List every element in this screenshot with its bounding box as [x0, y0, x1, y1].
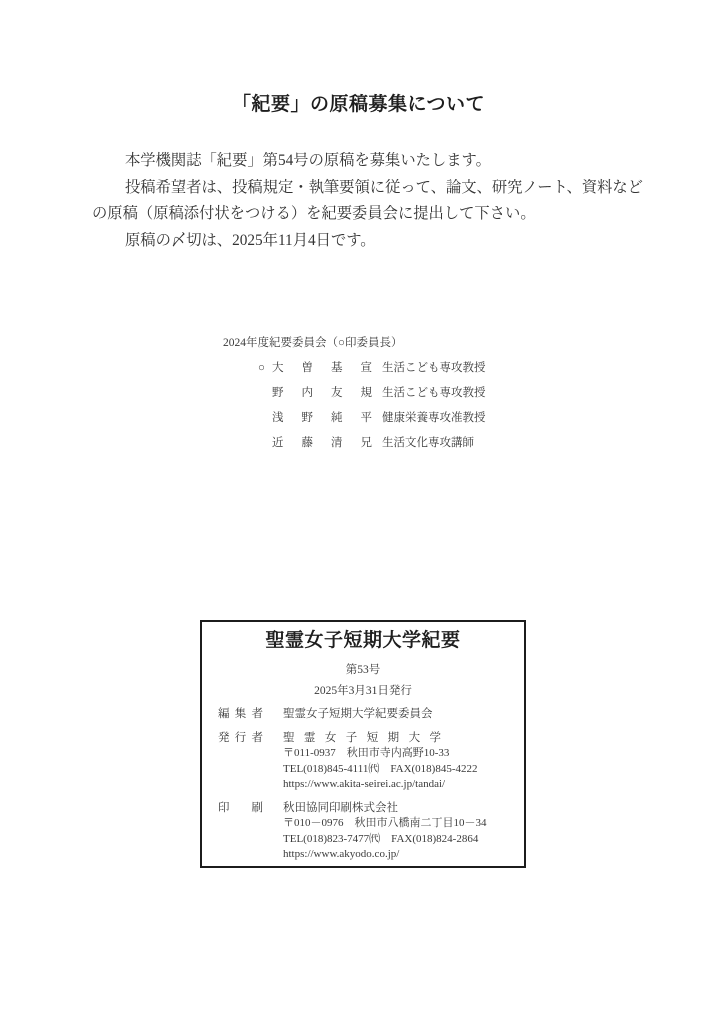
member-role: 生活こども専攻教授 — [382, 361, 486, 375]
committee-member-row: ○ 大 曽 基 宣 生活こども専攻教授 — [258, 361, 523, 375]
body-line: の原稿（原稿添付状をつける）を紀要委員会に提出して下さい。 — [92, 201, 652, 228]
page-title: 「紀要」の原稿募集について — [0, 93, 717, 117]
row-value: 秋田協同印刷株式会社 〒010－0976 秋田市八橋南二丁目10－34 TEL(… — [283, 801, 487, 863]
printer-address: 〒010－0976 秋田市八橋南二丁目10－34 — [283, 816, 487, 832]
committee-section: 2024年度紀要委員会（○印委員長） ○ 大 曽 基 宣 生活こども専攻教授 野… — [223, 336, 523, 450]
document-page: 「紀要」の原稿募集について 本学機関誌「紀要」第54号の原稿を募集いたします。 … — [0, 0, 717, 1012]
publisher-tel-fax: TEL(018)845-4111㈹ FAX(018)845-4222 — [283, 762, 478, 778]
printer-url: https://www.akyodo.co.jp/ — [283, 847, 487, 863]
colophon-publication-date: 2025年3月31日発行 — [202, 684, 524, 699]
member-role: 生活こども専攻教授 — [382, 386, 486, 400]
publisher-url: https://www.akita-seirei.ac.jp/tandai/ — [283, 777, 478, 793]
editor-name: 聖霊女子短期大学紀要委員会 — [283, 707, 433, 723]
committee-member-row: 近 藤 清 兄 生活文化専攻講師 — [258, 436, 523, 450]
row-value: 聖霊女子短期大学紀要委員会 — [283, 707, 433, 723]
member-role: 健康栄養専攻准教授 — [382, 411, 486, 425]
printer-tel-fax: TEL(018)823-7477㈹ FAX(018)824-2864 — [283, 832, 487, 848]
colophon-row-publisher: 発 行 者 聖 霊 女 子 短 期 大 学 〒011-0937 秋田市寺内高野1… — [202, 731, 524, 793]
colophon-title: 聖霊女子短期大学紀要 — [202, 630, 524, 652]
chair-mark: ○ — [258, 361, 272, 375]
body-line: 本学機関誌「紀要」第54号の原稿を募集いたします。 — [92, 148, 652, 175]
printer-name: 秋田協同印刷株式会社 — [283, 801, 487, 817]
publisher-address: 〒011-0937 秋田市寺内高野10-33 — [283, 746, 478, 762]
body-line: 投稿希望者は、投稿規定・執筆要領に従って、論文、研究ノート、資料など — [92, 175, 652, 202]
committee-heading: 2024年度紀要委員会（○印委員長） — [223, 336, 523, 350]
member-name: 近 藤 清 兄 — [272, 436, 372, 450]
colophon-box: 聖霊女子短期大学紀要 第53号 2025年3月31日発行 編 集 者 聖霊女子短… — [200, 620, 526, 868]
committee-member-row: 野 内 友 規 生活こども専攻教授 — [258, 386, 523, 400]
colophon-issue-number: 第53号 — [202, 663, 524, 677]
publisher-name: 聖 霊 女 子 短 期 大 学 — [283, 731, 441, 747]
member-role: 生活文化専攻講師 — [382, 436, 474, 450]
colophon-row-printer: 印 刷 秋田協同印刷株式会社 〒010－0976 秋田市八橋南二丁目10－34 … — [202, 801, 524, 863]
colophon-row-editor: 編 集 者 聖霊女子短期大学紀要委員会 — [202, 707, 524, 723]
member-name: 浅 野 純 平 — [272, 411, 372, 425]
row-label: 印 刷 — [218, 801, 263, 863]
row-label: 編 集 者 — [218, 707, 263, 723]
body-line: 原稿の〆切は、2025年11月4日です。 — [92, 228, 652, 255]
row-label: 発 行 者 — [218, 731, 263, 793]
member-name: 野 内 友 規 — [272, 386, 372, 400]
body-text: 本学機関誌「紀要」第54号の原稿を募集いたします。 投稿希望者は、投稿規定・執筆… — [92, 148, 652, 254]
member-name: 大 曽 基 宣 — [272, 361, 372, 375]
committee-member-row: 浅 野 純 平 健康栄養専攻准教授 — [258, 411, 523, 425]
row-value: 聖 霊 女 子 短 期 大 学 〒011-0937 秋田市寺内高野10-33 T… — [283, 731, 478, 793]
